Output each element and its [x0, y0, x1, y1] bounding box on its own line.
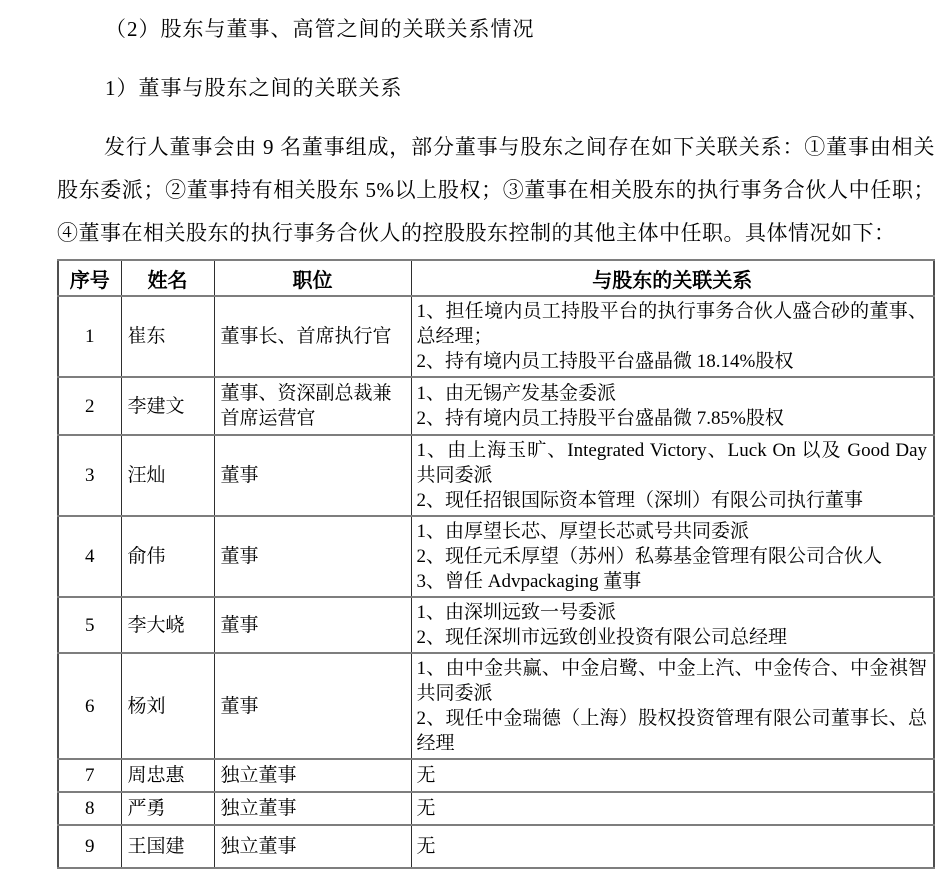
cell-director-name: 崔东 [121, 296, 214, 377]
cell-director-name: 李大峣 [121, 597, 214, 653]
cell-director-name: 严勇 [121, 792, 214, 825]
cell-serial-number: 3 [58, 435, 121, 516]
cell-serial-number: 6 [58, 653, 121, 759]
cell-director-name: 杨刘 [121, 653, 214, 759]
cell-position: 董事、资深副总裁兼首席运营官 [214, 377, 411, 435]
cell-position: 独立董事 [214, 759, 411, 792]
cell-serial-number: 7 [58, 759, 121, 792]
cell-position: 董事 [214, 597, 411, 653]
cell-director-name: 李建文 [121, 377, 214, 435]
cell-position: 董事 [214, 435, 411, 516]
cell-serial-number: 9 [58, 825, 121, 868]
table-header-row: 序号 姓名 职位 与股东的关联关系 [58, 260, 934, 296]
cell-serial-number: 5 [58, 597, 121, 653]
cell-position: 独立董事 [214, 825, 411, 868]
table-row: 7 周忠惠 独立董事 无 [58, 759, 934, 792]
cell-position: 独立董事 [214, 792, 411, 825]
cell-relationship: 1、由上海玉旷、Integrated Victory、Luck On 以及 Go… [411, 435, 934, 516]
cell-director-name: 周忠惠 [121, 759, 214, 792]
cell-relationship: 1、由深圳远致一号委派 2、现任深圳市远致创业投资有限公司总经理 [411, 597, 934, 653]
cell-serial-number: 1 [58, 296, 121, 377]
column-header-no: 序号 [58, 260, 121, 296]
cell-relationship: 1、担任境内员工持股平台的执行事务合伙人盛合砂的董事、总经理； 2、持有境内员工… [411, 296, 934, 377]
sub-heading: 1）董事与股东之间的关联关系 [105, 72, 935, 102]
cell-relationship: 1、由无锡产发基金委派 2、持有境内员工持股平台盛晶微 7.85%股权 [411, 377, 934, 435]
cell-relationship: 无 [411, 792, 934, 825]
document-page: （2）股东与董事、高管之间的关联关系情况 1）董事与股东之间的关联关系 发行人董… [57, 13, 935, 869]
column-header-relationship: 与股东的关联关系 [411, 260, 934, 296]
column-header-position: 职位 [214, 260, 411, 296]
section-heading: （2）股东与董事、高管之间的关联关系情况 [105, 13, 935, 43]
cell-position: 董事长、首席执行官 [214, 296, 411, 377]
table-body: 1 崔东 董事长、首席执行官 1、担任境内员工持股平台的执行事务合伙人盛合砂的董… [58, 296, 934, 868]
table-row: 9 王国建 独立董事 无 [58, 825, 934, 868]
table-row: 6 杨刘 董事 1、由中金共赢、中金启鹭、中金上汽、中金传合、中金祺智共同委派 … [58, 653, 934, 759]
cell-serial-number: 8 [58, 792, 121, 825]
column-header-name: 姓名 [121, 260, 214, 296]
table-row: 8 严勇 独立董事 无 [58, 792, 934, 825]
table-row: 2 李建文 董事、资深副总裁兼首席运营官 1、由无锡产发基金委派 2、持有境内员… [58, 377, 934, 435]
table-row: 1 崔东 董事长、首席执行官 1、担任境内员工持股平台的执行事务合伙人盛合砂的董… [58, 296, 934, 377]
intro-paragraph: 发行人董事会由 9 名董事组成，部分董事与股东之间存在如下关联关系：①董事由相关… [57, 126, 935, 255]
cell-serial-number: 4 [58, 516, 121, 597]
cell-serial-number: 2 [58, 377, 121, 435]
cell-director-name: 俞伟 [121, 516, 214, 597]
directors-shareholders-relationship-table: 序号 姓名 职位 与股东的关联关系 1 崔东 董事长、首席执行官 1、担任境内员… [57, 259, 935, 869]
cell-director-name: 王国建 [121, 825, 214, 868]
cell-position: 董事 [214, 653, 411, 759]
cell-relationship: 无 [411, 825, 934, 868]
cell-position: 董事 [214, 516, 411, 597]
cell-relationship: 无 [411, 759, 934, 792]
table-row: 5 李大峣 董事 1、由深圳远致一号委派 2、现任深圳市远致创业投资有限公司总经… [58, 597, 934, 653]
cell-relationship: 1、由厚望长芯、厚望长芯贰号共同委派 2、现任元禾厚望（苏州）私募基金管理有限公… [411, 516, 934, 597]
table-row: 4 俞伟 董事 1、由厚望长芯、厚望长芯贰号共同委派 2、现任元禾厚望（苏州）私… [58, 516, 934, 597]
table-row: 3 汪灿 董事 1、由上海玉旷、Integrated Victory、Luck … [58, 435, 934, 516]
cell-director-name: 汪灿 [121, 435, 214, 516]
cell-relationship: 1、由中金共赢、中金启鹭、中金上汽、中金传合、中金祺智共同委派 2、现任中金瑞德… [411, 653, 934, 759]
